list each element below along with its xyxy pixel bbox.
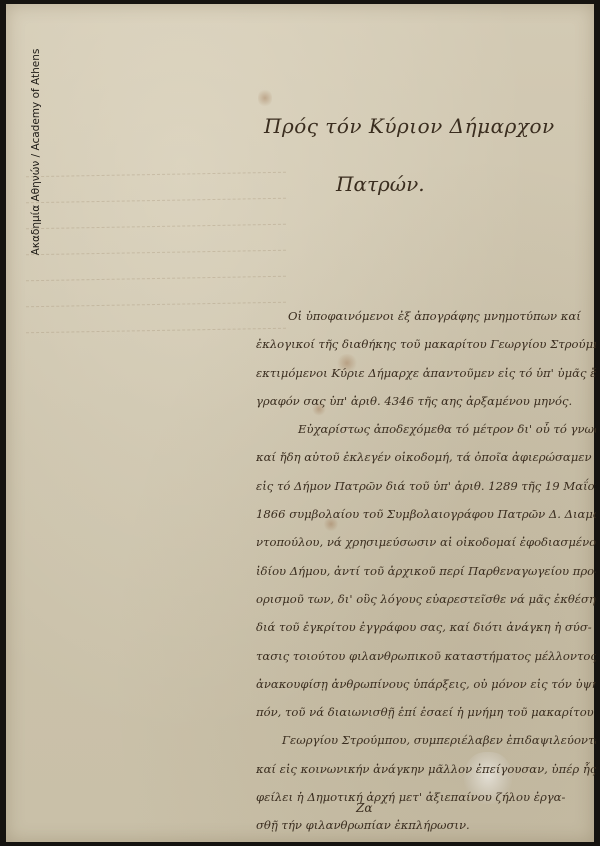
body-line: εκτιμόμενοι Κύριε Δήμαρχε ἀπαντοῦμεν εἰς… xyxy=(256,359,596,387)
body-line: ἀνακουφίσῃ ἀνθρωπίνους ὑπάρξεις, οὐ μόνο… xyxy=(256,670,596,698)
body-line: φείλει ἡ Δημοτική ἀρχή μετ' ἀξιεπαίνου ζ… xyxy=(256,783,596,811)
body-line: πόν, τοῦ νά διαιωνισθῇ ἐπί ἐσαεί ἡ μνήμη… xyxy=(256,698,596,726)
body-line: καί εἰς κοινωνικήν ἀνάγκην μᾶλλον ἐπείγο… xyxy=(256,755,596,783)
body-line: ἰδίου Δήμου, ἀντί τοῦ ἀρχικοῦ περί Παρθε… xyxy=(256,557,596,585)
body-line: Εὐχαρίστως ἀποδεχόμεθα τό μέτρον δι' οὗ … xyxy=(256,415,596,443)
document-page: Ακαδημία Αθηνών / Academy of Athens Πρός… xyxy=(6,4,594,842)
body-line: Γεωργίου Στρούμπου, συμπεριέλαβεν ἐπιδαψ… xyxy=(256,726,596,754)
signoff-mark: Ζα xyxy=(356,801,372,815)
address-line-1: Πρός τόν Κύριον Δήμαρχον xyxy=(264,114,555,138)
ink-stain xyxy=(258,88,272,108)
body-line: ἐκλογικοί τῆς διαθήκης τοῦ μακαρίτου Γεω… xyxy=(256,330,596,358)
body-line: διά τοῦ ἐγκρίτου ἐγγράφου σας, καί διότι… xyxy=(256,613,596,641)
body-line: καί ἤδη αὐτοῦ ἐκλεγέν οἰκοδομή, τά ὁποῖα… xyxy=(256,443,596,471)
body-line: Οἱ ὑποφαινόμενοι ἐξ ἀπογράφης μνημοτύπων… xyxy=(256,302,596,330)
letter-body: Οἱ ὑποφαινόμενοι ἐξ ἀπογράφης μνημοτύπων… xyxy=(256,302,596,840)
body-line: εἰς τό Δήμον Πατρῶν διά τοῦ ὑπ' ἀριθ. 12… xyxy=(256,472,596,500)
body-line: ντοπούλου, νά χρησιμεύσωσιν αἱ οἰκοδομαί… xyxy=(256,528,596,556)
body-line: τασις τοιούτου φιλανθρωπικοῦ καταστήματο… xyxy=(256,642,596,670)
address-line-2: Πατρών. xyxy=(336,172,425,196)
body-line: γραφόν σας ὑπ' ἀριθ. 4346 τῆς αης ἀρξαμέ… xyxy=(256,387,596,415)
show-through-ink xyxy=(26,174,286,374)
body-line: ορισμοῦ των, δι' οὓς λόγους εὐαρεστεῖσθε… xyxy=(256,585,596,613)
body-line: σθῇ τήν φιλανθρωπίαν ἐκπλήρωσιν. xyxy=(256,811,596,839)
body-line: 1866 συμβολαίου τοῦ Συμβολαιογράφου Πατρ… xyxy=(256,500,596,528)
